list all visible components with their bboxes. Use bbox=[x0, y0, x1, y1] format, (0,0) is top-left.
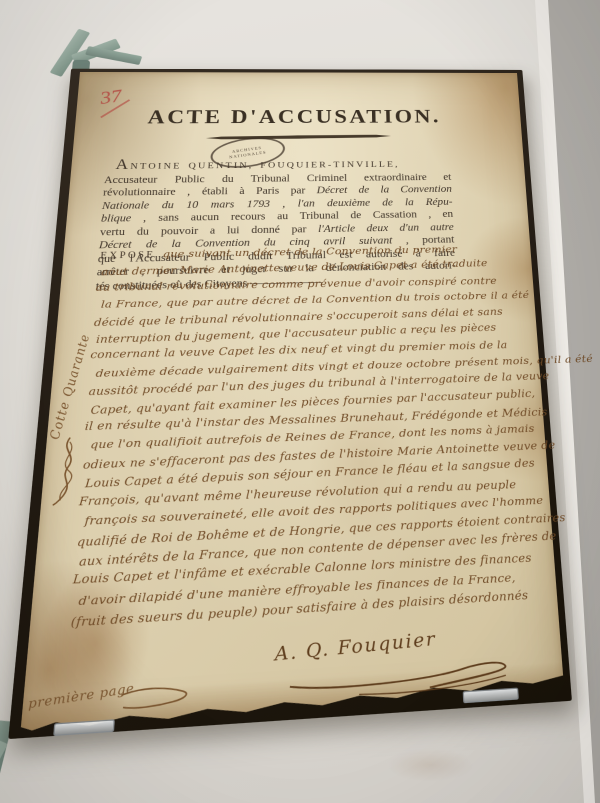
paraph-doodle bbox=[43, 435, 89, 508]
folio-number: 37 bbox=[99, 85, 123, 108]
handwritten-body: EXPOSEque suivant un décret de la Conven… bbox=[71, 242, 508, 633]
mount-clip-right bbox=[463, 688, 519, 704]
surface-smudge bbox=[385, 748, 475, 782]
expose-lead: EXPOSE bbox=[100, 250, 156, 261]
acte-title: ACTE D'ACCUSATION. bbox=[75, 106, 508, 129]
document-photo: 37 ACTE D'ACCUSATION. ARCHIVES NATIONALE… bbox=[20, 72, 565, 737]
hand-lines: aout dernier Marie Antoinette veuve de L… bbox=[71, 257, 508, 633]
paper-content: 37 ACTE D'ACCUSATION. ARCHIVES NATIONALE… bbox=[20, 72, 565, 737]
mount-clip-left bbox=[53, 719, 115, 736]
title-rule bbox=[206, 134, 391, 140]
ribbon-bottom bbox=[0, 738, 8, 801]
bottom-note-flourish bbox=[118, 678, 194, 715]
